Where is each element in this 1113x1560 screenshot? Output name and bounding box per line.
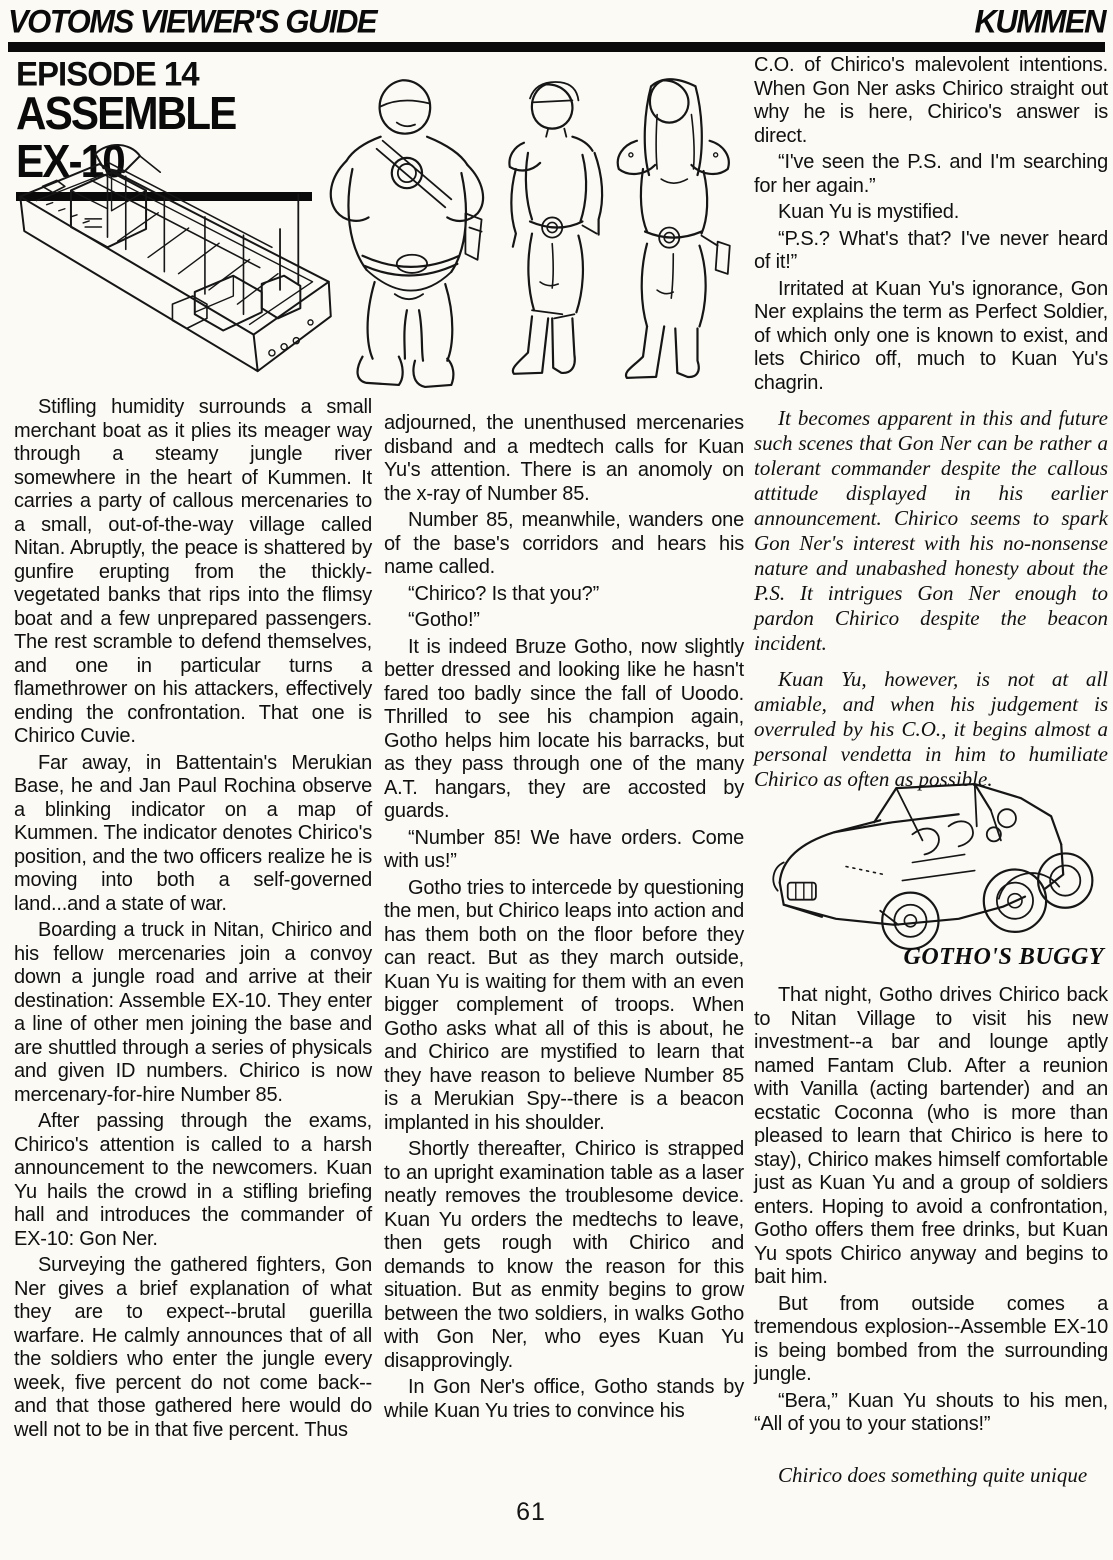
merchant-boat-illustration	[6, 130, 346, 392]
paragraph: C.O. of Chirico's malevolent intentions.…	[754, 54, 1108, 148]
paragraph: “Chirico? Is that you?”	[384, 583, 744, 607]
paragraph: Surveying the gathered fighters, Gon Ner…	[14, 1254, 372, 1442]
paragraph: In Gon Ner's office, Gotho stands by whi…	[384, 1376, 744, 1423]
buggy-illustration	[760, 770, 1100, 956]
episode-label: EPISODE 14	[16, 56, 316, 92]
paragraph: Stifling humidity surrounds a small merc…	[14, 396, 372, 749]
paragraph: Chirico does something quite unique	[754, 1463, 1108, 1488]
paragraph: “Gotho!”	[384, 609, 744, 633]
paragraph: After passing through the exams, Chirico…	[14, 1110, 372, 1251]
paragraph: “Bera,” Kuan Yu shouts to his men, “All …	[754, 1390, 1108, 1437]
paragraph: Irritated at Kuan Yu's ignorance, Gon Ne…	[754, 278, 1108, 396]
paragraph: Shortly thereafter, Chirico is strapped …	[384, 1138, 744, 1373]
paragraph: Gotho tries to intercede by questioning …	[384, 877, 744, 1136]
paragraph: “P.S.? What's that? I've never heard of …	[754, 228, 1108, 275]
buggy-caption: GOTHO'S BUGGY	[760, 944, 1108, 971]
masthead: VOTOMS VIEWER'S GUIDE KUMMEN	[8, 4, 1105, 52]
buggy-figure: GOTHO'S BUGGY	[760, 770, 1108, 971]
mercenaries-illustration	[318, 56, 742, 394]
column-right-upper: C.O. of Chirico's malevolent intentions.…	[754, 54, 1108, 795]
paragraph: Kuan Yu is mystified.	[754, 201, 1108, 225]
page-number: 61	[486, 1498, 576, 1527]
paragraph: Number 85, meanwhile, wanders one of the…	[384, 509, 744, 580]
paragraph: That night, Gotho drives Chirico back to…	[754, 984, 1108, 1290]
column-left: Stifling humidity surrounds a small merc…	[14, 396, 372, 1445]
paragraph: adjourned, the unenthused mercenaries di…	[384, 412, 744, 506]
paragraph: “Number 85! We have orders. Come with us…	[384, 827, 744, 874]
paragraph: “I've seen the P.S. and I'm searching fo…	[754, 151, 1108, 198]
paragraph: It is indeed Bruze Gotho, now slightly b…	[384, 636, 744, 824]
paragraph: Far away, in Battentain's Merukian Base,…	[14, 752, 372, 917]
guide-title: VOTOMS VIEWER'S GUIDE	[8, 3, 376, 41]
paragraph: Boarding a truck in Nitan, Chirico and h…	[14, 919, 372, 1107]
column-middle: adjourned, the unenthused mercenaries di…	[384, 412, 744, 1426]
section-title: KUMMEN	[975, 3, 1106, 41]
magazine-page: VOTOMS VIEWER'S GUIDE KUMMEN EPISODE 14 …	[0, 0, 1113, 1560]
paragraph: But from outside comes a tremendous expl…	[754, 1293, 1108, 1387]
paragraph: It becomes apparent in this and future s…	[754, 406, 1108, 656]
column-right-lower: That night, Gotho drives Chirico back to…	[754, 984, 1108, 1491]
